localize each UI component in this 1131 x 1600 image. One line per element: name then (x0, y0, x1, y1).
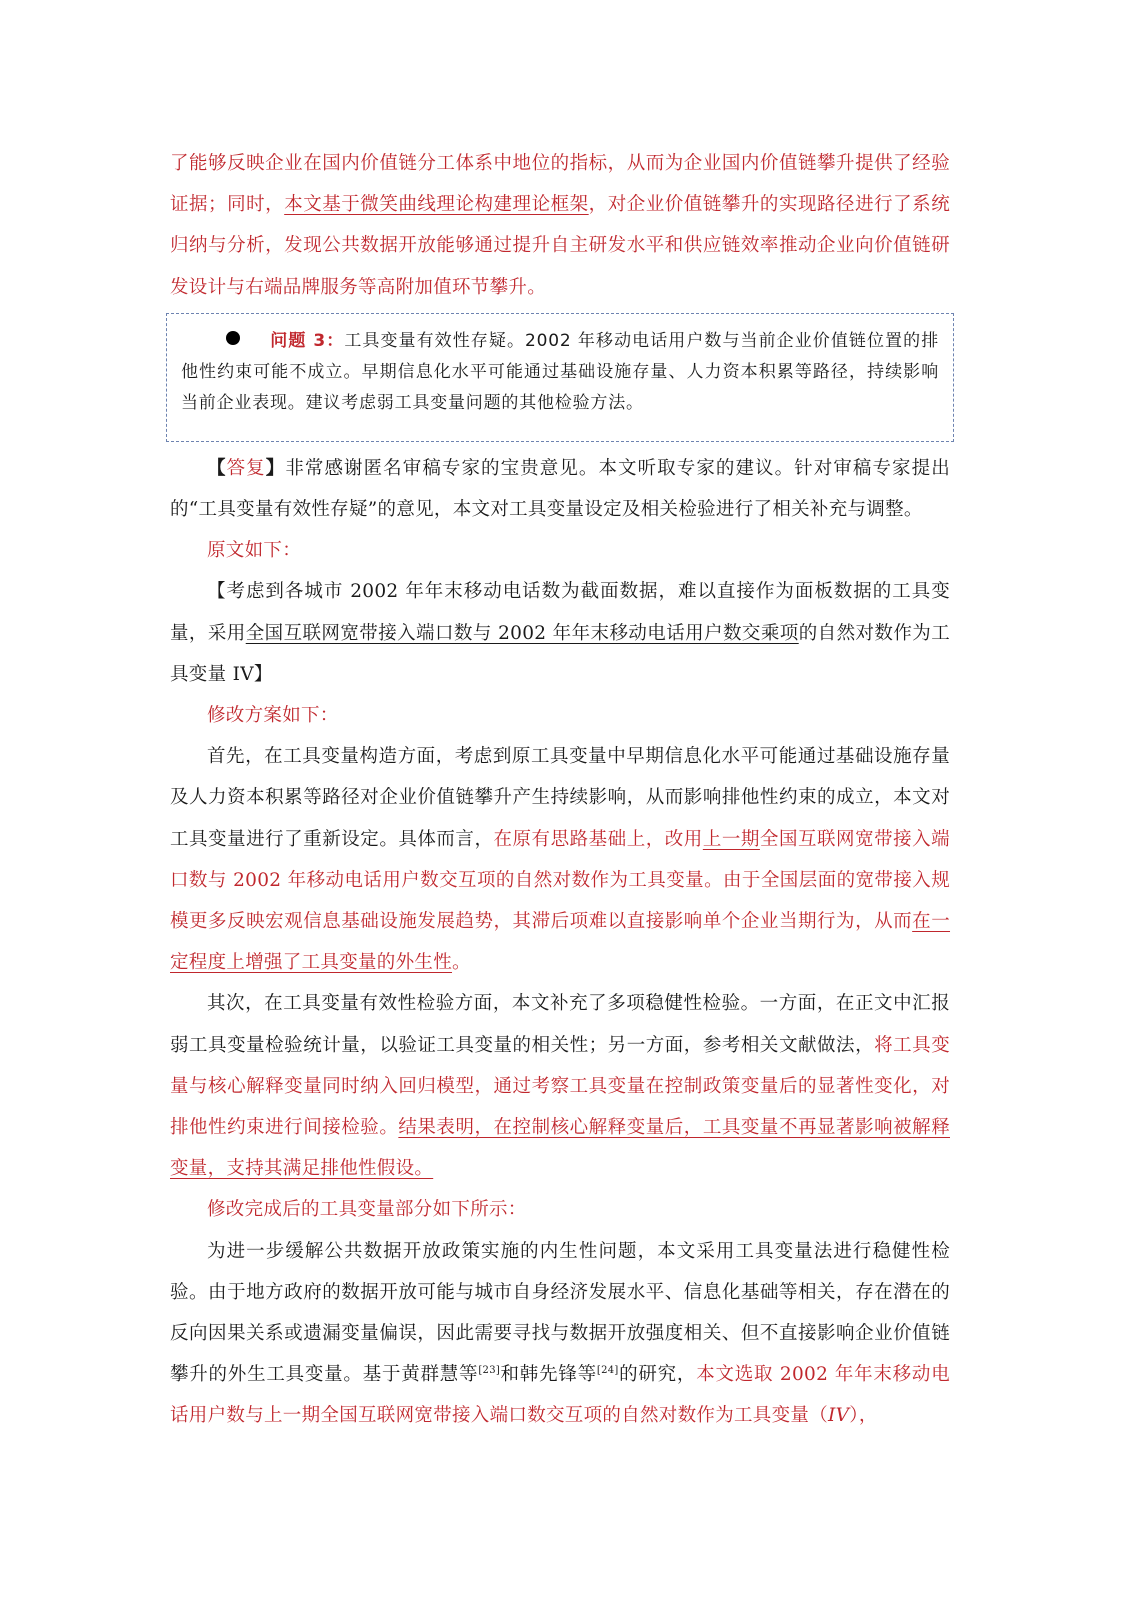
final-heading: 修改完成后的工具变量部分如下所示： (170, 1189, 950, 1230)
revision-paragraph-2: 其次，在工具变量有效性检验方面，本文补充了多项稳健性检验。一方面，在正文中汇报弱… (170, 983, 950, 1189)
reply-label: 答复 (227, 458, 266, 479)
revision-heading: 修改方案如下： (170, 695, 950, 736)
underlined-text: 上一期 (703, 829, 760, 850)
red-text: ）， (849, 1405, 877, 1426)
original-text: 【考虑到各城市 2002 年年末移动电话数为截面数据，难以直接作为面板数据的工具… (170, 571, 950, 695)
citation-ref: [23] (478, 1365, 500, 1376)
reply-text: 非常感谢匿名审稿专家的宝贵意见。本文听取专家的建议。针对审稿专家提出的“工具变量… (170, 458, 950, 520)
text: 和韩先锋等 (500, 1364, 597, 1385)
variable-iv: IV (828, 1405, 849, 1426)
red-text: 。 (452, 952, 471, 973)
final-paragraph: 为进一步缓解公共数据开放政策实施的内生性问题，本文采用工具变量法进行稳健性检验。… (170, 1231, 950, 1437)
bullet-icon (226, 331, 240, 345)
revision-paragraph-1: 首先，在工具变量构造方面，考虑到原工具变量中早期信息化水平可能通过基础设施存量及… (170, 736, 950, 983)
paragraph-contribution: 了能够反映企业在国内价值链分工体系中地位的指标，从而为企业国内价值链攀升提供了经… (170, 143, 950, 308)
citation-ref: [24] (597, 1365, 619, 1376)
original-heading: 原文如下： (170, 530, 950, 571)
red-text: 在原有思路基础上，改用 (494, 829, 703, 850)
bracket: 】 (266, 458, 286, 479)
text: 的研究， (619, 1364, 697, 1385)
underlined-text: 本文基于微笑曲线理论构建理论框架 (284, 194, 588, 215)
document-page: 了能够反映企业在国内价值链分工体系中地位的指标，从而为企业国内价值链攀升提供了经… (170, 143, 950, 1437)
text: 其次，在工具变量有效性检验方面，本文补充了多项稳健性检验。一方面，在正文中汇报弱… (170, 993, 950, 1055)
bracket: 【 (207, 458, 227, 479)
question-label: 问题 3： (270, 331, 344, 351)
underlined-text: 全国互联网宽带接入端口数与 2002 年年末移动电话用户数交乘项 (246, 623, 799, 644)
reply-paragraph: 【答复】非常感谢匿名审稿专家的宝贵意见。本文听取专家的建议。针对审稿专家提出的“… (170, 448, 950, 530)
reviewer-comment-box: 问题 3：工具变量有效性存疑。2002 年移动电话用户数与当前企业价值链位置的排… (166, 313, 954, 442)
